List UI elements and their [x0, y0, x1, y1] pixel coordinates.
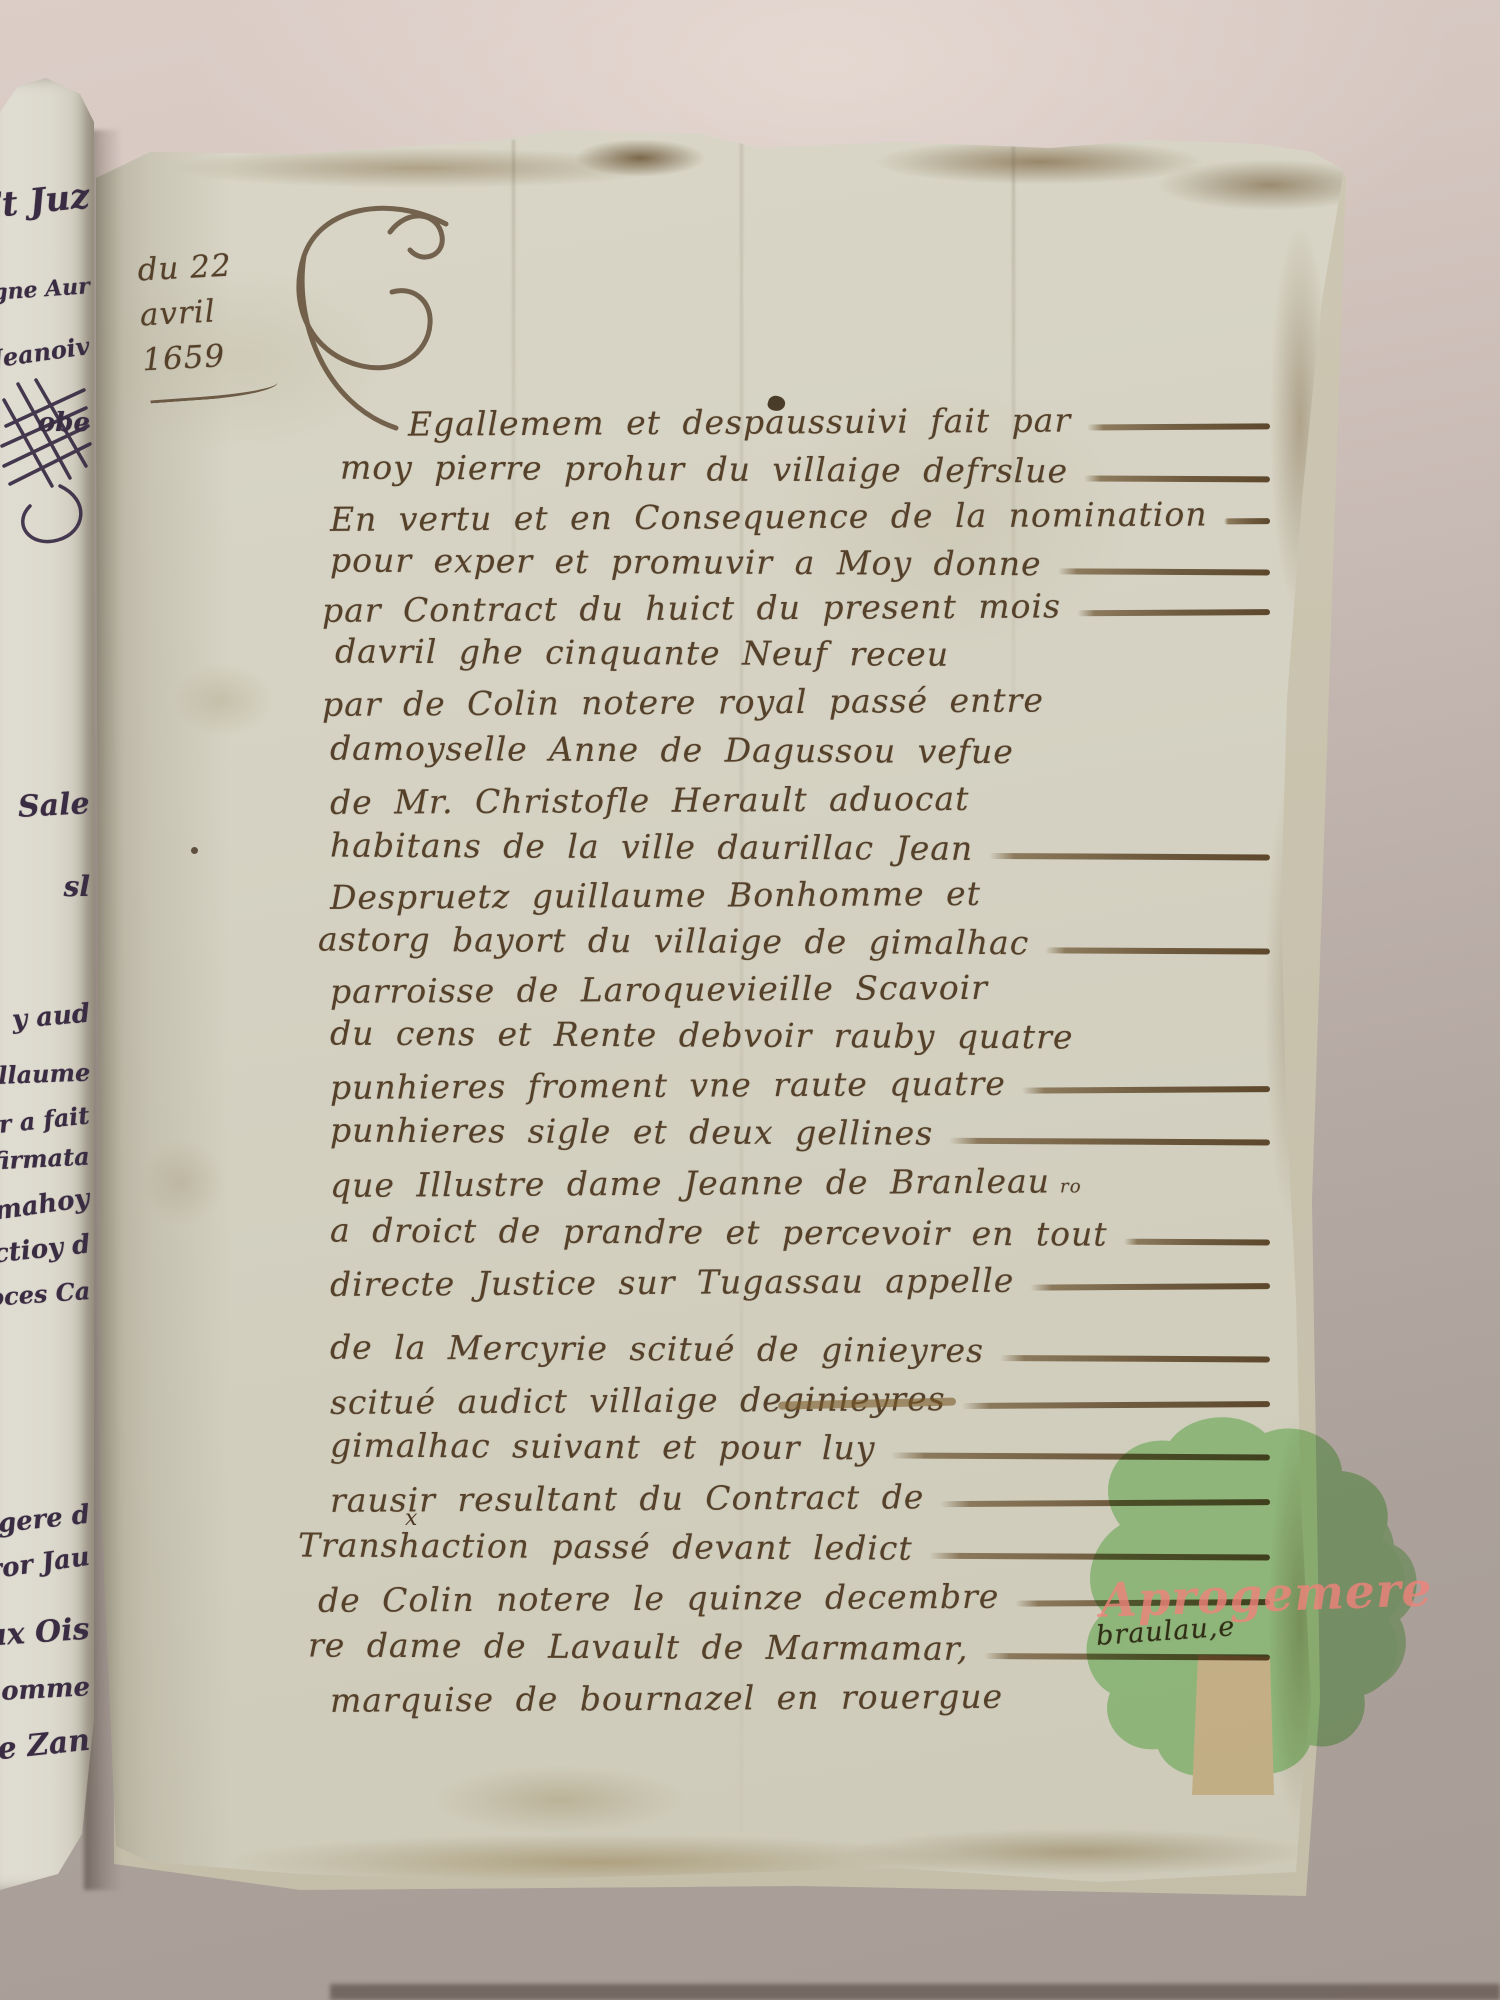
- line-filler-dash: [1224, 518, 1271, 524]
- manuscript-line-text: a droict de prandre et percevoir en tout: [330, 1211, 1108, 1254]
- manuscript-line-text: pour exper et promuvir a Moy donne: [330, 541, 1042, 584]
- manuscript-line-text: punhieres sigle et deux gellines: [330, 1111, 933, 1153]
- manuscript-line: En vertu et en Consequence de la nominat…: [330, 494, 1270, 539]
- manuscript-line-text: de Mr. Christofle Herault aduocat: [330, 779, 970, 822]
- manuscript-line: Despruetz guillaume Bonhomme et: [330, 872, 1270, 917]
- manuscript-line: davril ghe cinquante Neuf receu: [335, 632, 1270, 676]
- verso-fragment: mahoy: [0, 1183, 92, 1226]
- manuscript-line-text: moy pierre prohur du villaige defrslue: [340, 448, 1068, 491]
- manuscript-line: a droict de prandre et percevoir en tout: [330, 1211, 1270, 1255]
- previous-page-strip: Et Juzy signe AurN JeanoivobeSalesly aud…: [0, 78, 94, 1890]
- line-filler-dash: [1022, 1086, 1270, 1094]
- manuscript-line-text: parroisse de Laroquevieille Scavoir: [330, 968, 988, 1011]
- manuscript-line-text: directe Justice sur Tugassau appelle: [330, 1261, 1015, 1304]
- verso-fragment: Sale: [18, 786, 91, 825]
- manuscript-line: habitans de la ville daurillac Jean: [330, 826, 1270, 870]
- manuscript-line-text: damoyselle Anne de Dagussou vefue: [330, 729, 1014, 772]
- verso-fragment: firmata: [0, 1141, 91, 1175]
- manuscript-line: du cens et Rente debvoir rauby quatre: [330, 1014, 1270, 1058]
- manuscript-line: punhieres sigle et deux gellines: [330, 1111, 1270, 1155]
- verso-fragment: y signe Aur: [0, 273, 91, 309]
- line-filler-dash: [1058, 568, 1270, 575]
- verso-fragment: oux Ois: [0, 1612, 91, 1656]
- manuscript-line-text: du cens et Rente debvoir rauby quatre: [330, 1014, 1074, 1057]
- photo-bottom-edge: [330, 1984, 1500, 2000]
- manuscript-line-text: gimalhac suivant et pour luy: [330, 1426, 876, 1468]
- verso-fragment: voces Ca: [0, 1276, 91, 1313]
- manuscript-line: moy pierre prohur du villaige defrslue: [340, 448, 1270, 492]
- manuscript-line: Egallemem et despaussuivi fait par: [408, 399, 1270, 443]
- manuscript-line-text: par de Colin notere royal passé entre: [322, 680, 1044, 723]
- manuscript-line-text: davril ghe cinquante Neuf receu: [335, 632, 949, 674]
- manuscript-line-text: marquise de bournazel en rouergue: [330, 1677, 1003, 1720]
- verso-fragment: sl: [64, 870, 90, 903]
- pen-cross-mark: x: [405, 1506, 417, 1531]
- line-filler-dash: [949, 1137, 1270, 1145]
- manuscript-line: astorg bayort du villaige de gimalhac: [318, 920, 1270, 964]
- manuscript-line-text: En vertu et en Consequence de la nominat…: [330, 495, 1208, 539]
- line-filler-dash: [1087, 423, 1270, 430]
- manuscript-line: damoyselle Anne de Dagussou vefue: [330, 729, 1270, 773]
- verso-fragment: y aud: [11, 999, 91, 1036]
- manuscript-line-text: Egallemem et despaussuivi fait par: [408, 401, 1071, 444]
- manuscript-line-text: rausir resultant du Contract de: [330, 1477, 925, 1520]
- manuscript-line-text: re dame de Lavault de Marmamar,: [308, 1625, 969, 1667]
- manuscript-line-text: astorg bayort du villaige de gimalhac: [318, 920, 1029, 963]
- line-filler-dash: [1124, 1238, 1270, 1245]
- manuscript-line-text: Despruetz guillaume Bonhomme et: [330, 874, 981, 917]
- ink-dot: [191, 847, 198, 854]
- verso-fragment: pror Jau: [0, 1542, 92, 1588]
- manuscript-line-text: scitué audict villaige de: [330, 1380, 783, 1422]
- manuscript-line-text: de la Mercyrie scitué de ginieyres: [330, 1328, 984, 1370]
- verso-fragment: factioy d: [0, 1230, 91, 1273]
- manuscript-line: de la Mercyrie scitué de ginieyres: [330, 1328, 1270, 1372]
- line-filler-dash: [1084, 475, 1270, 482]
- manuscript-line: par Contract du huict du present mois: [322, 585, 1270, 630]
- manuscript-line-text: punhieres froment vne raute quatre: [330, 1064, 1006, 1107]
- manuscript-line: par de Colin notere royal passé entre: [322, 679, 1270, 724]
- manuscript-line-text: Transhaction passé devant ledict: [298, 1525, 913, 1567]
- line-filler-dash: [1000, 1355, 1270, 1362]
- struck-out-text: ginieyres: [783, 1379, 946, 1419]
- manuscript-line: punhieres froment vne raute quatre: [330, 1062, 1270, 1107]
- manuscript-line-text: que Illustre dame Jeanne de Branleau: [330, 1161, 1050, 1204]
- verso-fragment: tagere d: [0, 1500, 91, 1542]
- line-filler-dash: [1030, 1283, 1270, 1290]
- manuscript-line-text: de Colin notere le quinze decembre: [318, 1577, 1000, 1620]
- manuscript-line-text: par Contract du huict du present mois: [322, 586, 1061, 630]
- verso-fragment: onhomme: [0, 1672, 91, 1709]
- manuscript-photo: du 22 avril 1659 Egallemem et despaussui…: [0, 0, 1500, 2000]
- verso-fragment: guillaume: [0, 1058, 90, 1092]
- verso-fragment: ie Zan: [0, 1723, 92, 1769]
- superscript-mark: ro: [1060, 1176, 1082, 1197]
- manuscript-line: directe Justice sur Tugassau appelle: [330, 1259, 1270, 1304]
- crosshatch-flourish-icon: [0, 374, 94, 554]
- verso-fragment: Et Juz: [0, 176, 92, 228]
- verso-fragment: obe: [38, 408, 90, 438]
- line-filler-dash: [1077, 609, 1270, 616]
- verso-fragment: ar a fait: [0, 1101, 91, 1141]
- manuscript-line: que Illustre dame Jeanne de Branleauro: [330, 1160, 1270, 1205]
- verso-fragment: N Jeanoiv: [0, 331, 91, 378]
- line-filler-dash: [1045, 947, 1270, 954]
- manuscript-line-text: habitans de la ville daurillac Jean: [330, 826, 973, 868]
- manuscript-line: parroisse de Laroquevieille Scavoir: [330, 966, 1270, 1011]
- manuscript-line: pour exper et promuvir a Moy donne: [330, 541, 1270, 585]
- line-filler-dash: [989, 852, 1270, 859]
- manuscript-line: de Mr. Christofle Herault aduocat: [330, 777, 1270, 822]
- watermark-label: Aprogemere: [1099, 1562, 1431, 1628]
